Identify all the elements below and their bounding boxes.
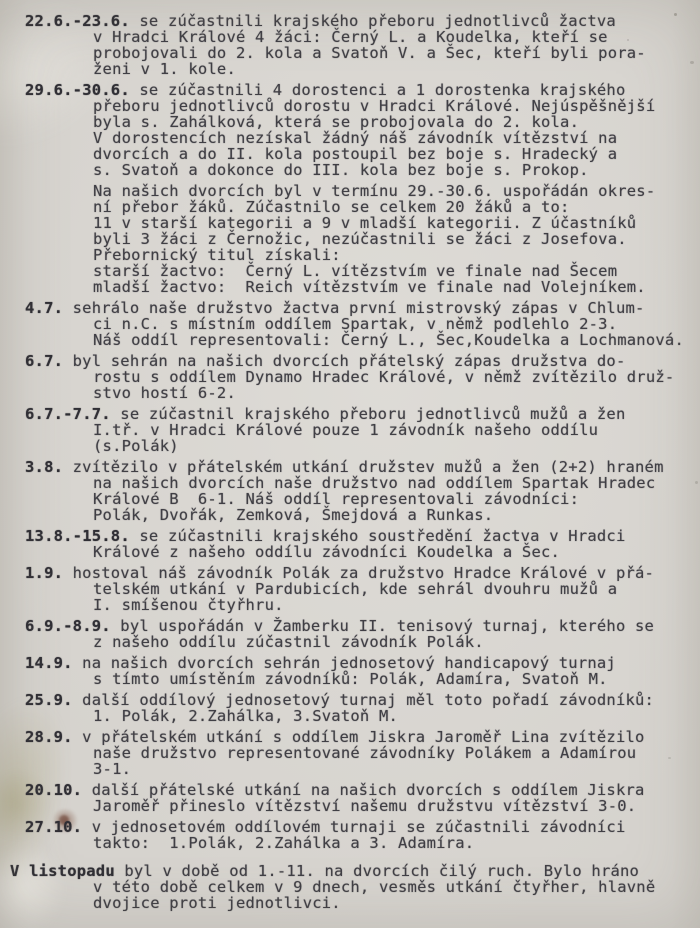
entry-line: stvo hostí 6-2. [0,385,700,401]
entry-date: 3.8. [25,458,63,476]
journal-entry: 1.9.hostoval náš závodník Polák za družs… [0,565,700,613]
journal-entry: 13.8.-15.8.se zúčastnili krajského soust… [0,528,700,560]
entry-paragraph: 22.6.-23.6.se zúčastnili krajského přebo… [0,13,700,77]
entry-line: Na našich dvorcích byl v termínu 29.-30.… [0,183,700,199]
entry-paragraph: 13.8.-15.8.se zúčastnili krajského soust… [0,528,700,560]
entry-line: 27.10.v jednosetovém oddílovém turnaji s… [0,819,700,835]
entry-line: telském utkání v Pardubicích, kde sehrál… [0,581,700,597]
entry-line: Králové B 6-1. Náš oddíl representovali … [0,491,700,507]
journal-entry: 22.6.-23.6.se zúčastnili krajského přebo… [0,13,700,77]
entry-paragraph: 20.10.další přátelské utkání na našich d… [0,782,700,814]
entry-date: 27.10. [25,818,82,836]
entry-paragraph: 3.8.zvítězilo v přátelském utkání družst… [0,459,700,523]
entry-line: 3-1. [0,761,700,777]
entry-date: 1.9. [25,564,63,582]
entry-paragraph: 27.10.v jednosetovém oddílovém turnaji s… [0,819,700,851]
entry-line: 3.8.zvítězilo v přátelském utkání družst… [0,459,700,475]
entry-line: V listopadubyl v době od 1.-11. na dvorc… [0,863,700,879]
entry-line: dvojice proti jednotlivci. [0,895,700,911]
entry-line: s. Svatoň a dokonce do III. kola bez boj… [0,162,700,178]
entry-line: Králové z našeho oddílu závodníci Koudel… [0,544,700,560]
entry-line: byla s. Zahálková, která se probojovala … [0,114,700,130]
journal-entry: 4.7.sehrálo naše družstvo žactva první m… [0,300,700,348]
entry-line: 11 v starší kategorii a 9 v mladší kateg… [0,215,700,231]
entry-line: 14.9.na našich dvorcích sehrán jednoseto… [0,655,700,671]
chronicle-entry-list: 22.6.-23.6.se zúčastnili krajského přebo… [0,13,700,916]
entry-line: ci n.C. s místním oddílem Spartak, v něm… [0,316,700,332]
entry-date: 28.9. [25,728,73,746]
entry-line: v této době celkem v 9 dnech, vesměs utk… [0,879,700,895]
entry-line: starší žactvo: Černý L. vítězstvím ve fi… [0,263,700,279]
journal-entry: 3.8.zvítězilo v přátelském utkání družst… [0,459,700,523]
journal-entry: V listopadubyl v době od 1.-11. na dvorc… [0,863,700,911]
entry-line: Polák, Dvořák, Zemková, Šmejdová a Runka… [0,507,700,523]
entry-line: 13.8.-15.8.se zúčastnili krajského soust… [0,528,700,544]
entry-line: probojovali do 2. kola a Svatoň V. a Šec… [0,45,700,61]
entry-paragraph: 1.9.hostoval náš závodník Polák za družs… [0,565,700,613]
scanned-typewritten-page: 22.6.-23.6.se zúčastnili krajského přebo… [0,0,700,928]
entry-line: 1.9.hostoval náš závodník Polák za družs… [0,565,700,581]
entry-line: z našeho oddílu zúčastnil závodník Polák… [0,634,700,650]
entry-line: 6.7.-7.7.se zúčastnil krajského přeboru … [0,406,700,422]
entry-line: v Hradci Králové 4 žáci: Černý L. a Koud… [0,29,700,45]
entry-line: I. smíšenou čtyřhru. [0,597,700,613]
entry-line: 4.7.sehrálo naše družstvo žactva první m… [0,300,700,316]
journal-entry: 14.9.na našich dvorcích sehrán jednoseto… [0,655,700,687]
entry-line: s tímto umístěním závodníků: Polák, Adam… [0,671,700,687]
entry-line: 20.10.další přátelské utkání na našich d… [0,782,700,798]
entry-date: 6.7. [25,352,63,370]
entry-date: 14.9. [25,654,73,672]
entry-paragraph: 28.9.v přátelském utkání s oddílem Jiskr… [0,729,700,777]
entry-paragraph: 6.7.byl sehrán na našich dvorcích přátel… [0,353,700,401]
journal-entry: 6.9.-8.9.byl uspořádán v Žamberku II. te… [0,618,700,650]
journal-entry: 27.10.v jednosetovém oddílovém turnaji s… [0,819,700,851]
entry-paragraph: Na našich dvorcích byl v termínu 29.-30.… [0,183,700,295]
entry-paragraph: 4.7.sehrálo naše družstvo žactva první m… [0,300,700,348]
journal-entry: 28.9.v přátelském utkání s oddílem Jiskr… [0,729,700,777]
entry-line: 29.6.-30.6.se zúčastnili 4 dorostenci a … [0,82,700,98]
entry-line: Přebornický titul získali: [0,247,700,263]
entry-date: 25.9. [25,691,73,709]
journal-entry: 29.6.-30.6.se zúčastnili 4 dorostenci a … [0,82,700,295]
entry-line: V dorostencích nezískal žádný náš závodn… [0,130,700,146]
entry-line: mladší žactvo: Reich vítězstvím ve final… [0,279,700,295]
entry-line: takto: 1.Polák, 2.Zahálka a 3. Adamíra. [0,835,700,851]
entry-line: rostu s oddílem Dynamo Hradec Králové, v… [0,369,700,385]
journal-entry: 20.10.další přátelské utkání na našich d… [0,782,700,814]
entry-line: naše družstvo representované závodníky P… [0,745,700,761]
entry-line: I.tř. v Hradci Králové pouze 1 závodník … [0,422,700,438]
entry-line: 22.6.-23.6.se zúčastnili krajského přebo… [0,13,700,29]
entry-paragraph: V listopadubyl v době od 1.-11. na dvorc… [0,863,700,911]
entry-line: Jaroměř přineslo vítězství našemu družst… [0,798,700,814]
entry-line: 25.9.další oddílový jednosetový turnaj m… [0,692,700,708]
entry-line: přeboru jednotlivců dorostu v Hradci Krá… [0,98,700,114]
entry-line: Náš oddíl representovali: Černý L., Šec,… [0,332,700,348]
entry-paragraph: 25.9.další oddílový jednosetový turnaj m… [0,692,700,724]
entry-line: 28.9.v přátelském utkání s oddílem Jiskr… [0,729,700,745]
entry-line: byli 3 žáci z Černožic, nezúčastnili se … [0,231,700,247]
entry-line: ženi v 1. kole. [0,61,700,77]
entry-paragraph: 14.9.na našich dvorcích sehrán jednoseto… [0,655,700,687]
entry-line: 6.7.byl sehrán na našich dvorcích přátel… [0,353,700,369]
entry-paragraph: 6.9.-8.9.byl uspořádán v Žamberku II. te… [0,618,700,650]
entry-date: 4.7. [25,299,63,317]
entry-date: 20.10. [25,781,82,799]
entry-line: na našich dvorcích naše družstvo nad odd… [0,475,700,491]
entry-line: 1. Polák, 2.Zahálka, 3.Svatoň M. [0,708,700,724]
entry-line: (s.Polák) [0,438,700,454]
journal-entry: 25.9.další oddílový jednosetový turnaj m… [0,692,700,724]
entry-paragraph: 29.6.-30.6.se zúčastnili 4 dorostenci a … [0,82,700,178]
journal-entry: 6.7.byl sehrán na našich dvorcích přátel… [0,353,700,401]
entry-paragraph: 6.7.-7.7.se zúčastnil krajského přeboru … [0,406,700,454]
entry-line: ní přebor žáků. Zúčastnilo se celkem 20 … [0,199,700,215]
journal-entry: 6.7.-7.7.se zúčastnil krajského přeboru … [0,406,700,454]
entry-line: 6.9.-8.9.byl uspořádán v Žamberku II. te… [0,618,700,634]
entry-line: dvorcích a do II. kola postoupil bez boj… [0,146,700,162]
